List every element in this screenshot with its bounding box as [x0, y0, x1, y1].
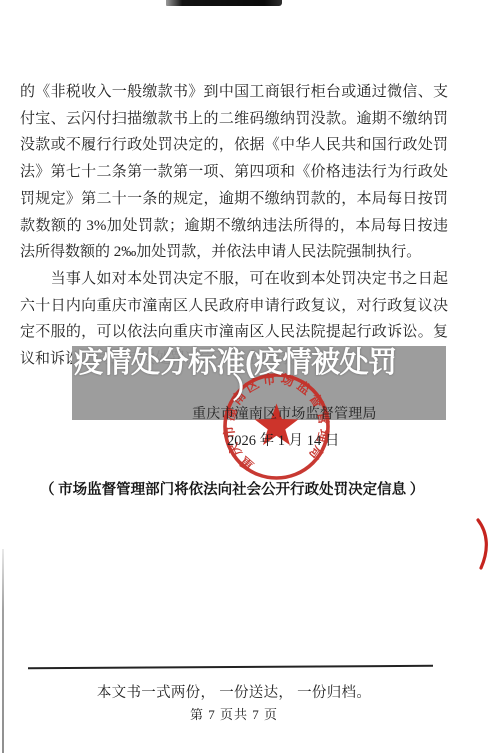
body-line: 没款或不履行行政处罚决定的，依据《中华人民共和国行政处罚 — [20, 132, 448, 159]
body-line: 法所得数额的 2‰加处罚款，并依法申请人民法院强制执行。 — [20, 239, 448, 266]
footer-note: 本文书一式两份， 一份送达， 一份归档。 — [20, 681, 448, 702]
body-line: 六十日内向重庆市潼南区人民政府申请行政复议，对行政复议决 — [20, 293, 448, 320]
issuer-name: 重庆市潼南区市场监督管理局 — [192, 403, 374, 423]
overlay-title-line2: ） — [232, 374, 261, 404]
footer-divider — [28, 665, 433, 669]
body-line: 法》第七十二条第一款第一项、第四项和《价格违法行为行政处 — [20, 159, 448, 186]
body-line: 定不服的，可以依法向重庆市潼南区人民法院提起行政诉讼。复 — [20, 319, 448, 346]
document-body: 的《非税收入一般缴款书》到中国工商银行柜台或通过微信、支 付宝、云闪付扫描缴款书… — [20, 79, 448, 373]
scan-artifact-bar — [166, 0, 282, 6]
footer: 本文书一式两份， 一份送达， 一份归档。 第 7 页共 7 页 — [20, 681, 448, 723]
red-pen-mark-icon — [476, 518, 494, 570]
page-edge-line — [2, 549, 4, 753]
body-line: 的《非税收入一般缴款书》到中国工商银行柜台或通过微信、支 — [20, 79, 448, 106]
issue-date: 2026 年 1 月 14 日 — [227, 429, 339, 450]
body-line: 当事人如对本处罚决定不服，可在收到本处罚决定书之日起 — [20, 266, 448, 293]
body-line: 款数额的 3%加处罚款；逾期不缴纳违法所得的，本局每日按违 — [20, 213, 448, 240]
footer-page-number: 第 7 页共 7 页 — [20, 704, 448, 723]
body-line: 罚规定》第二十一条的规定，逾期不缴纳罚款的，本局每日按罚 — [20, 186, 448, 213]
body-line: 付宝、云闪付扫描缴款书上的二维码缴纳罚没款。逾期不缴纳罚 — [20, 106, 448, 133]
